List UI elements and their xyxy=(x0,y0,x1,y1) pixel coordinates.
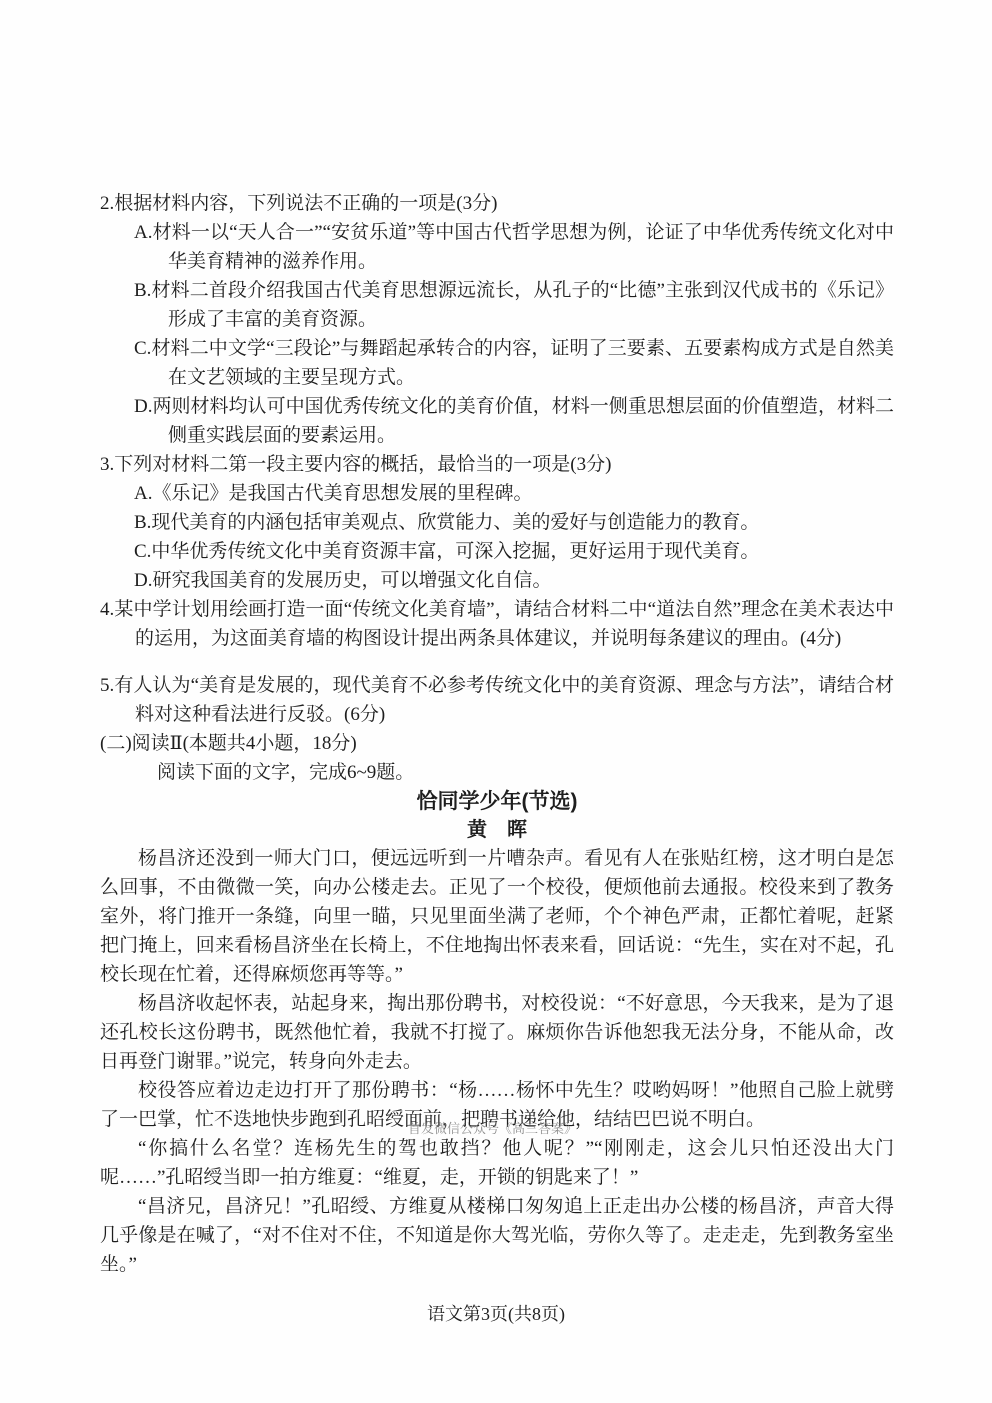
question-3-stem: 3.下列对材料二第一段主要内容的概括，最恰当的一项是(3分) xyxy=(100,450,894,479)
question-2-option-d: D.两则材料均认可中国优秀传统文化的美育价值，材料一侧重思想层面的价值塑造，材料… xyxy=(168,392,894,450)
question-2: 2.根据材料内容，下列说法不正确的一项是(3分) A.材料一以“天人合一”“安贫… xyxy=(100,189,894,450)
question-2-option-b: B.材料二首段介绍我国古代美育思想源远流长，从孔子的“比德”主张到汉代成书的《乐… xyxy=(168,276,894,334)
page-content: 2.根据材料内容，下列说法不正确的一项是(3分) A.材料一以“天人合一”“安贫… xyxy=(100,189,894,1279)
passage-paragraph-2: 杨昌济收起怀表，站起身来，掏出那份聘书，对校役说：“不好意思，今天我来，是为了退… xyxy=(100,989,894,1076)
question-2-stem: 2.根据材料内容，下列说法不正确的一项是(3分) xyxy=(100,189,894,218)
exam-paper-page: 2.根据材料内容，下列说法不正确的一项是(3分) A.材料一以“天人合一”“安贫… xyxy=(0,0,992,1403)
question-3-option-b: B.现代美育的内涵包括审美观点、欣赏能力、美的爱好与创造能力的教育。 xyxy=(168,508,894,537)
watermark: 首发微信公众号《高三答案》 xyxy=(408,1121,577,1136)
passage-paragraph-4: “你搞什么名堂？连杨先生的驾也敢挡？他人呢？”“刚刚走，这会儿只怕还没出大门呢…… xyxy=(100,1134,894,1192)
page-footer: 语文第3页(共8页) xyxy=(0,1300,992,1329)
question-2-option-c: C.材料二中文学“三段论”与舞蹈起承转合的内容，证明了三要素、五要素构成方式是自… xyxy=(168,334,894,392)
section-heading: (二)阅读Ⅱ(本题共4小题，18分) xyxy=(100,729,894,758)
passage-paragraph-5: “昌济兄，昌济兄！”孔昭绶、方维夏从楼梯口匆匆追上正走出办公楼的杨昌济，声音大得… xyxy=(100,1192,894,1279)
question-3-option-a: A.《乐记》是我国古代美育思想发展的里程碑。 xyxy=(168,479,894,508)
passage-paragraph-1: 杨昌济还没到一师大门口，便远远听到一片嘈杂声。看见有人在张贴红榜，这才明白是怎么… xyxy=(100,844,894,989)
passage-author: 黄 晖 xyxy=(100,816,894,844)
question-2-option-a: A.材料一以“天人合一”“安贫乐道”等中国古代哲学思想为例，论证了中华优秀传统文… xyxy=(168,218,894,276)
question-3-option-c: C.中华优秀传统文化中美育资源丰富，可深入挖掘，更好运用于现代美育。 xyxy=(168,537,894,566)
question-3: 3.下列对材料二第一段主要内容的概括，最恰当的一项是(3分) A.《乐记》是我国… xyxy=(100,450,894,595)
question-5-stem: 5.有人认为“美育是发展的，现代美育不必参考传统文化中的美育资源、理念与方法”，… xyxy=(135,671,894,729)
question-4: 4.某中学计划用绘画打造一面“传统文化美育墙”，请结合材料二中“道法自然”理念在… xyxy=(100,595,894,653)
question-4-stem: 4.某中学计划用绘画打造一面“传统文化美育墙”，请结合材料二中“道法自然”理念在… xyxy=(135,595,894,653)
question-5: 5.有人认为“美育是发展的，现代美育不必参考传统文化中的美育资源、理念与方法”，… xyxy=(100,671,894,729)
reading-instruction: 阅读下面的文字，完成6~9题。 xyxy=(100,758,894,787)
passage-title: 恰同学少年(节选) xyxy=(100,787,894,816)
question-3-option-d: D.研究我国美育的发展历史，可以增强文化自信。 xyxy=(168,566,894,595)
